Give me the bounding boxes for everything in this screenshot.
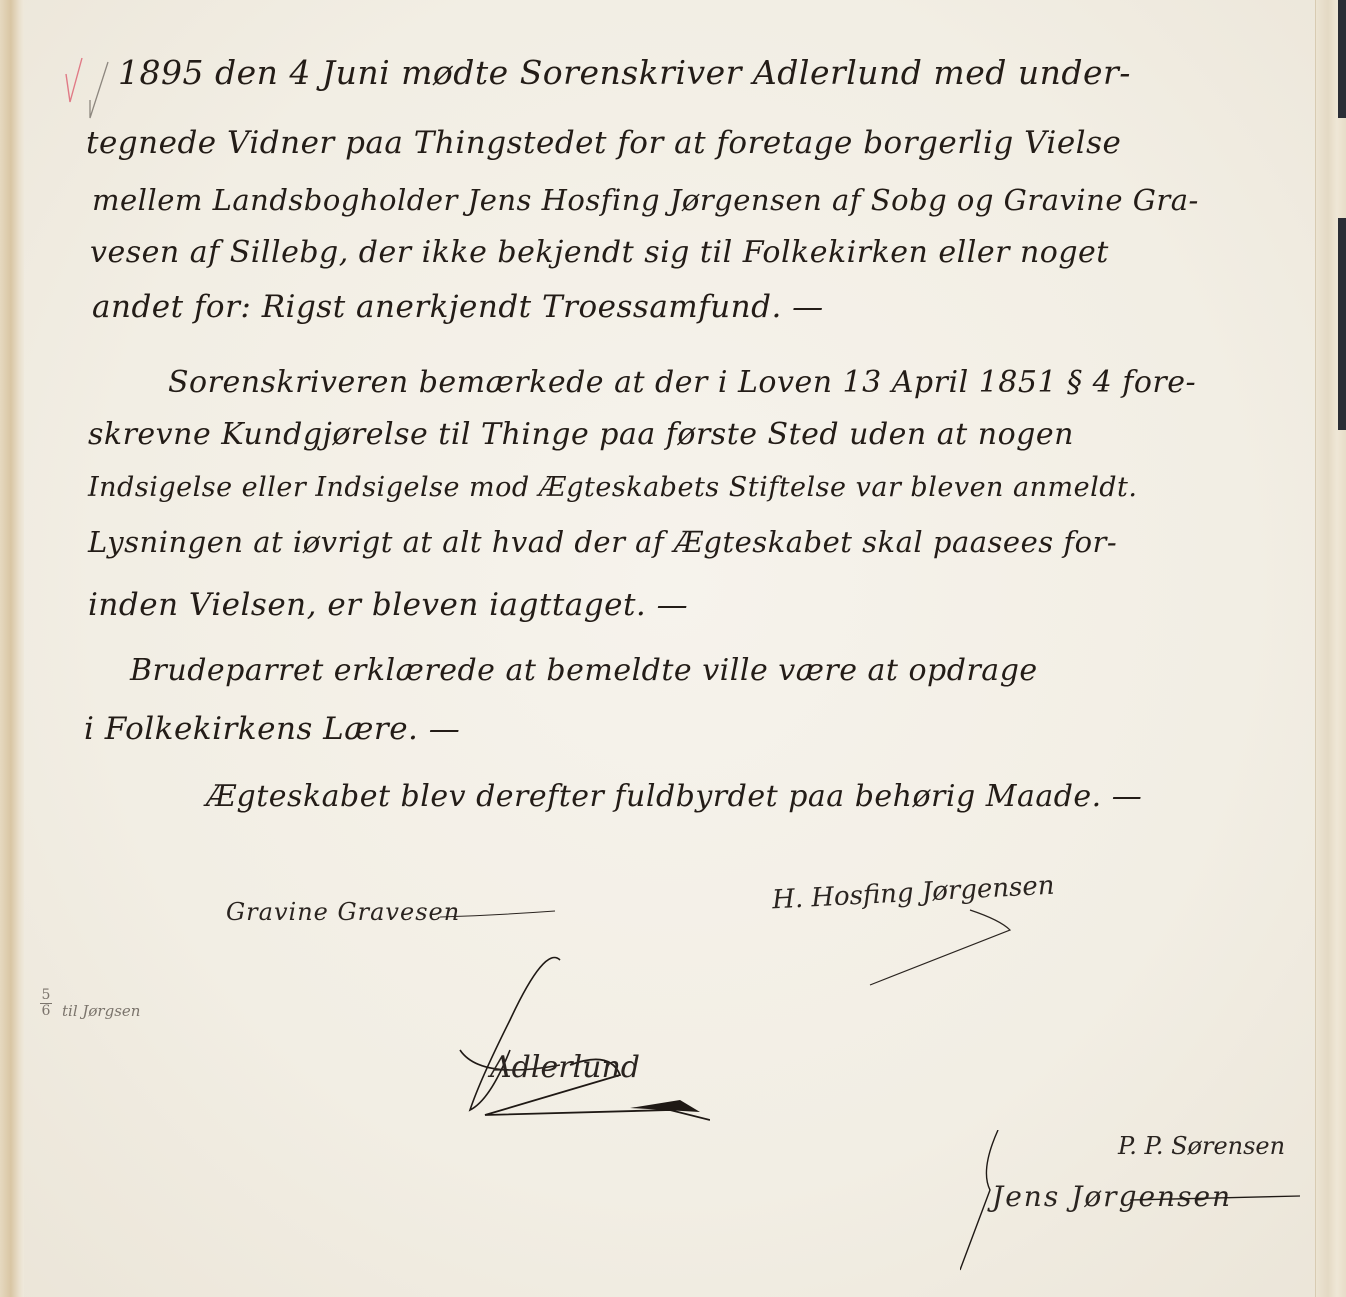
text-line: tegnede Vidner paa Thingstedet for at fo… [86, 128, 1121, 159]
background-edge [1338, 218, 1346, 266]
signature-underline [1130, 1190, 1310, 1210]
text-line: i Folkekirkens Lære. — [84, 714, 460, 745]
background-edge [1338, 0, 1346, 118]
text-line: Brudeparret erklærede at bemeldte ville … [130, 656, 1038, 686]
signature-bride: Gravine Gravesen [226, 898, 460, 926]
text-line: Sorenskriveren bemærkede at der i Loven … [168, 368, 1196, 398]
text-line: Lysningen at iøvrigt at alt hvad der af … [88, 528, 1117, 557]
fraction-numerator: 5 [42, 987, 51, 1003]
signature-underline [440, 905, 560, 925]
fraction-denominator: 6 [42, 1003, 51, 1019]
text-line: 1895 den 4 Juni mødte Sorenskriver Adler… [118, 56, 1131, 89]
text-line: vesen af Sillebg, der ikke bekjendt sig … [90, 238, 1109, 268]
document-page: 1895 den 4 Juni mødte Sorenskriver Adler… [0, 0, 1346, 1297]
margin-fraction: 5 6 [40, 988, 52, 1018]
text-line: andet for: Rigst anerkjendt Troessamfund… [92, 292, 824, 323]
signature-magistrate: Adlerlund [490, 1050, 640, 1085]
background-edge [1338, 262, 1346, 430]
text-line: mellem Landsbogholder Jens Hosfing Jørge… [92, 186, 1199, 215]
text-line: Indsigelse eller Indsigelse mod Ægteskab… [88, 474, 1137, 501]
margin-note: til Jørgsen [62, 1002, 140, 1020]
text-line: skrevne Kundgjørelse til Thinge paa førs… [88, 420, 1074, 450]
signature-witness-1: P. P. Sørensen [1118, 1132, 1285, 1160]
closing-line: Ægteskabet blev derefter fuldbyrdet paa … [206, 782, 1142, 812]
binding-gutter [0, 0, 24, 1297]
page-edge-right [1315, 0, 1346, 1297]
signature-flourish [860, 900, 1020, 990]
pencil-check-icon [82, 56, 116, 126]
text-line: inden Vielsen, er bleven iagttaget. — [88, 590, 688, 621]
